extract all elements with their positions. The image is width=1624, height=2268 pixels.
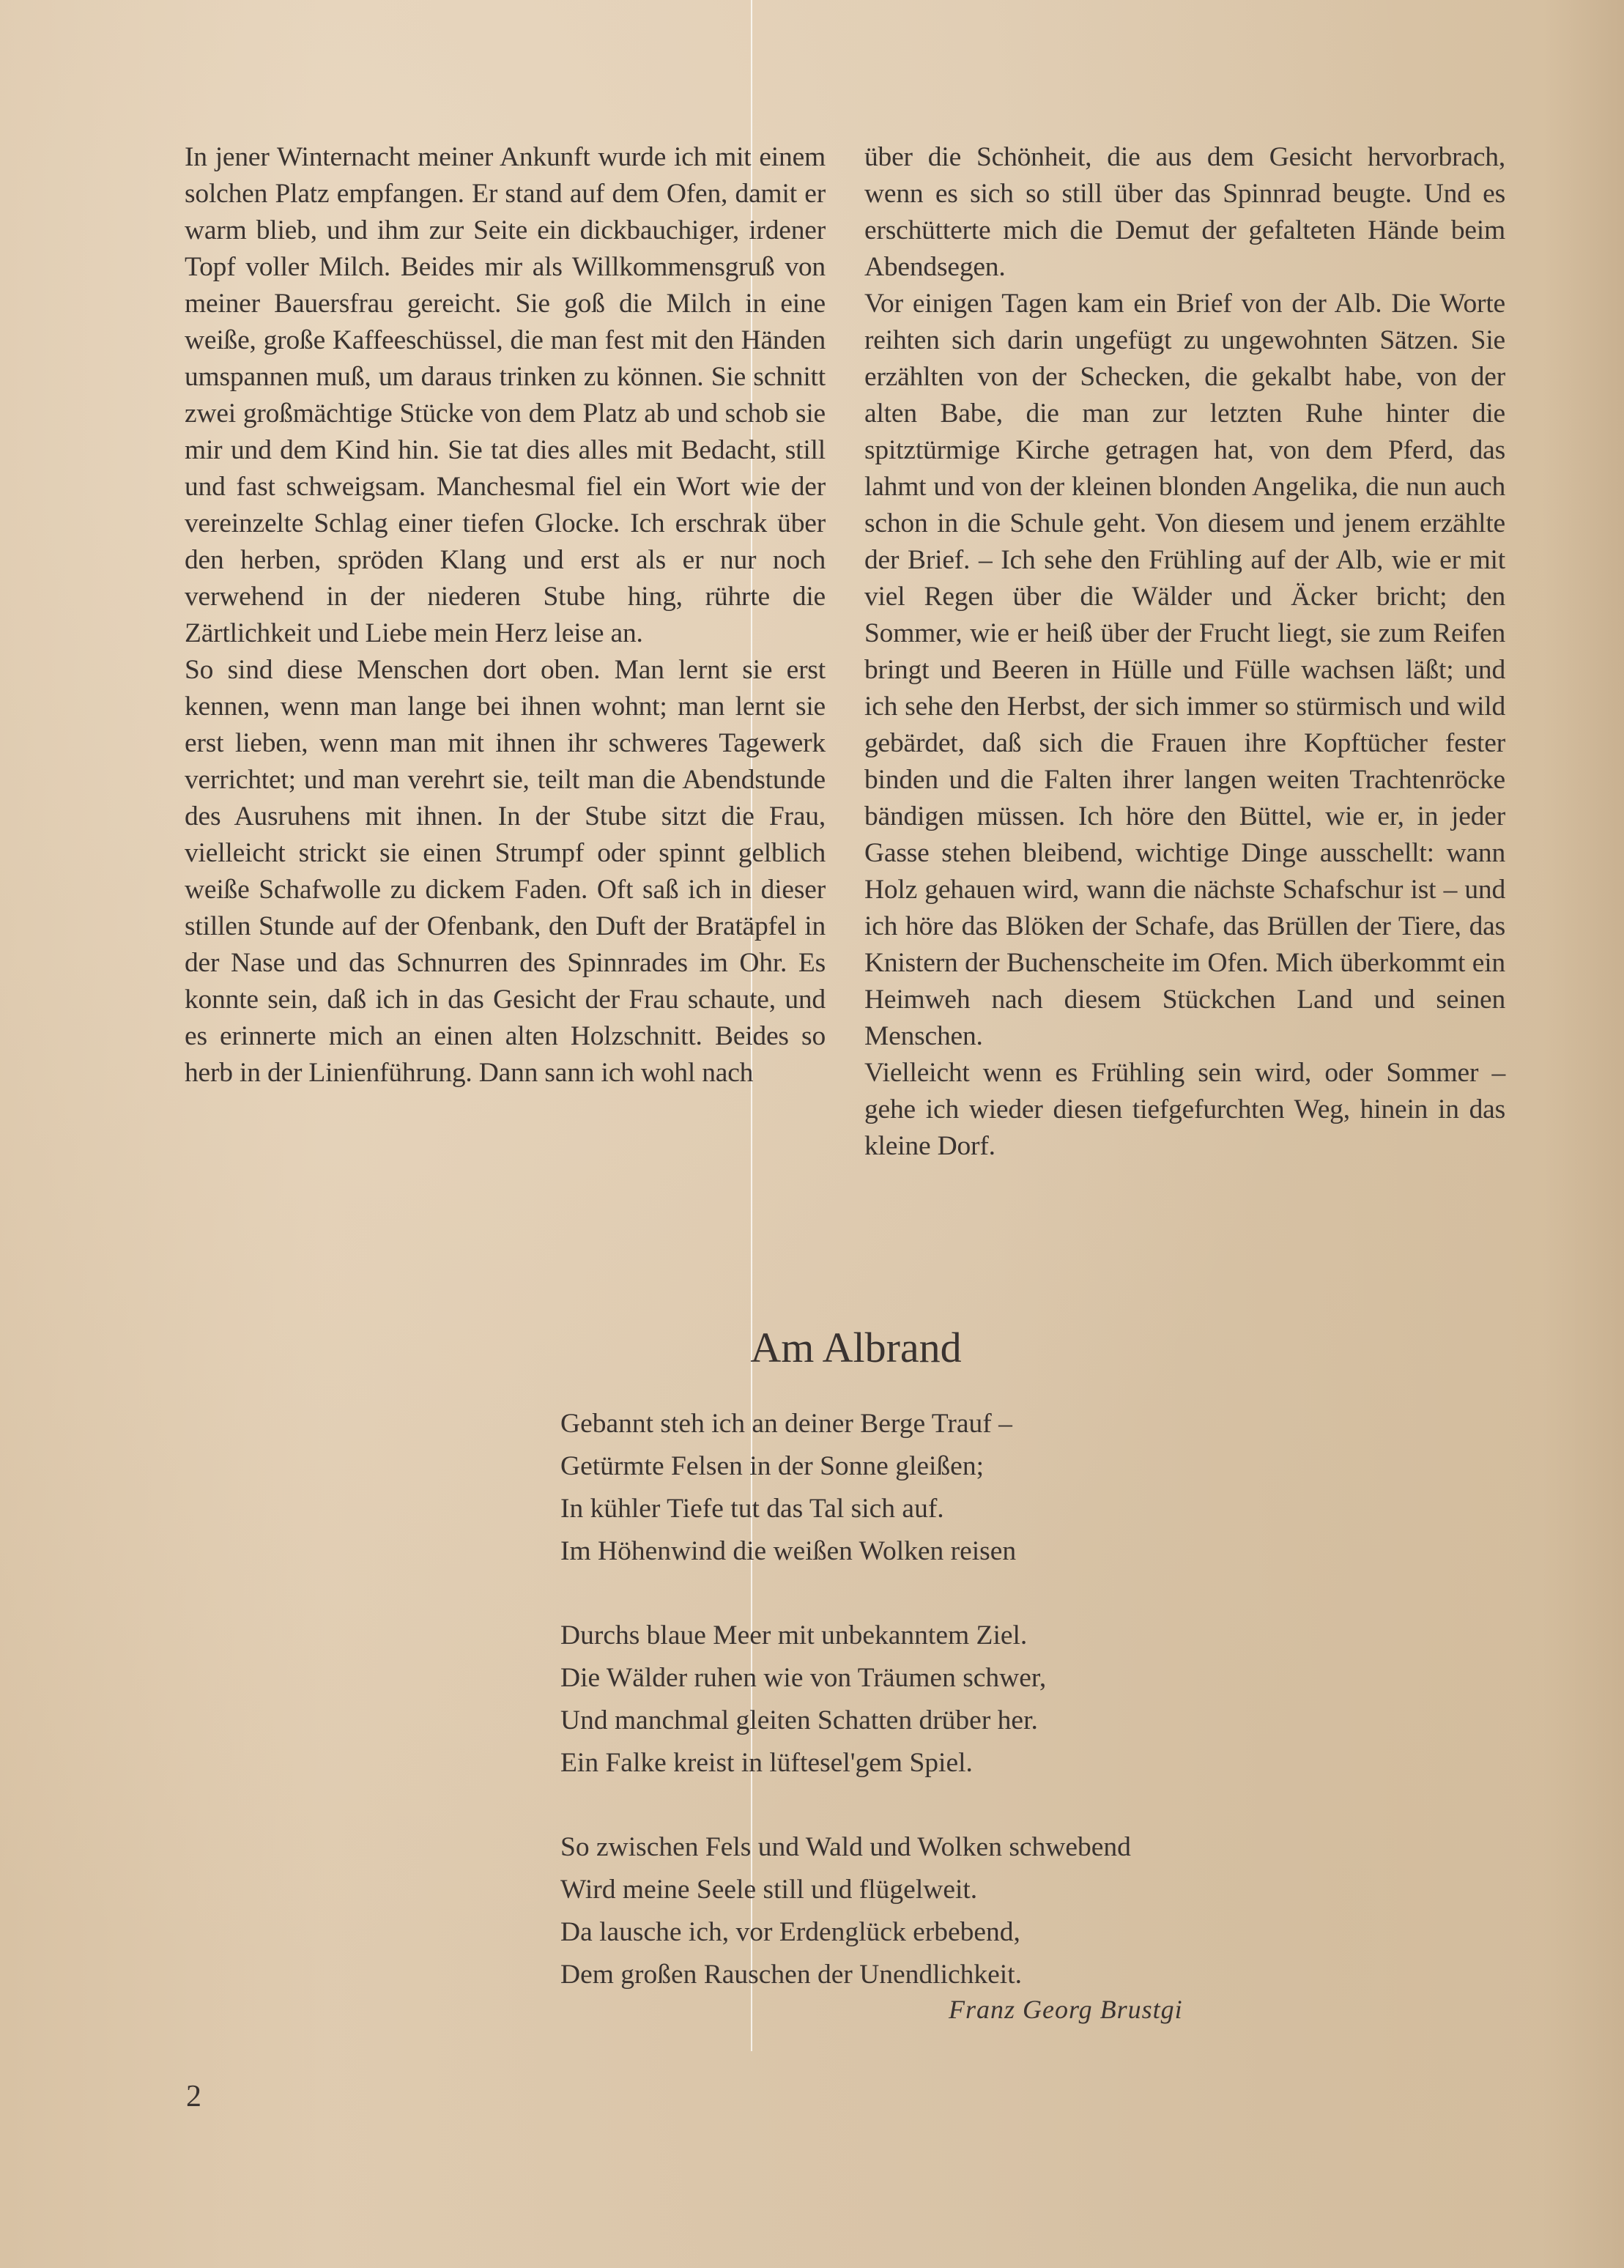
poem-verse: Ein Falke kreist in lüftesel'gem Spiel. [560,1742,1293,1785]
poem-verse: Die Wälder ruhen wie von Träumen schwer, [560,1657,1293,1700]
poem-verse: So zwischen Fels und Wald und Wolken sch… [560,1826,1293,1869]
article-column-left: In jener Winternacht meiner Ankunft wurd… [185,139,826,1092]
poem-title: Am Albrand [0,1319,1624,1377]
paragraph: In jener Winternacht meiner Ankunft wurd… [185,139,826,652]
article-column-right: über die Schönheit, die aus dem Gesicht … [864,139,1505,1165]
paragraph: Vor einigen Tagen kam ein Brief von der … [864,286,1505,1055]
poem-verse: Da lausche ich, vor Erdenglück erbebend, [560,1911,1293,1954]
poem-verse: Und manchmal gleiten Schatten drüber her… [560,1700,1293,1742]
poem-verse: In kühler Tiefe tut das Tal sich auf. [560,1488,1293,1530]
poem-verse: Wird meine Seele still und flügelweit. [560,1869,1293,1911]
poem-verse: Dem großen Rauschen der Unendlichkeit. [560,1954,1293,1996]
page-number: 2 [186,2079,201,2114]
poem-stanza: Gebannt steh ich an deiner Berge Trauf –… [560,1403,1293,1573]
paragraph: Vielleicht wenn es Frühling sein wird, o… [864,1055,1505,1165]
poem-stanza: So zwischen Fels und Wald und Wolken sch… [560,1826,1293,1996]
paragraph: So sind diese Menschen dort oben. Man le… [185,652,826,1092]
poem-verse: Durchs blaue Meer mit unbekanntem Ziel. [560,1615,1293,1657]
poem-verse: Getürmte Felsen in der Sonne gleißen; [560,1445,1293,1488]
poem-verse: Gebannt steh ich an deiner Berge Trauf – [560,1403,1293,1445]
poem: Gebannt steh ich an deiner Berge Trauf –… [560,1403,1293,1996]
poem-stanza: Durchs blaue Meer mit unbekanntem Ziel. … [560,1615,1293,1785]
poem-author: Franz Georg Brustgi [949,1994,1183,2025]
poem-verse: Im Höhenwind die weißen Wolken reisen [560,1530,1293,1573]
paragraph: über die Schönheit, die aus dem Gesicht … [864,139,1505,286]
